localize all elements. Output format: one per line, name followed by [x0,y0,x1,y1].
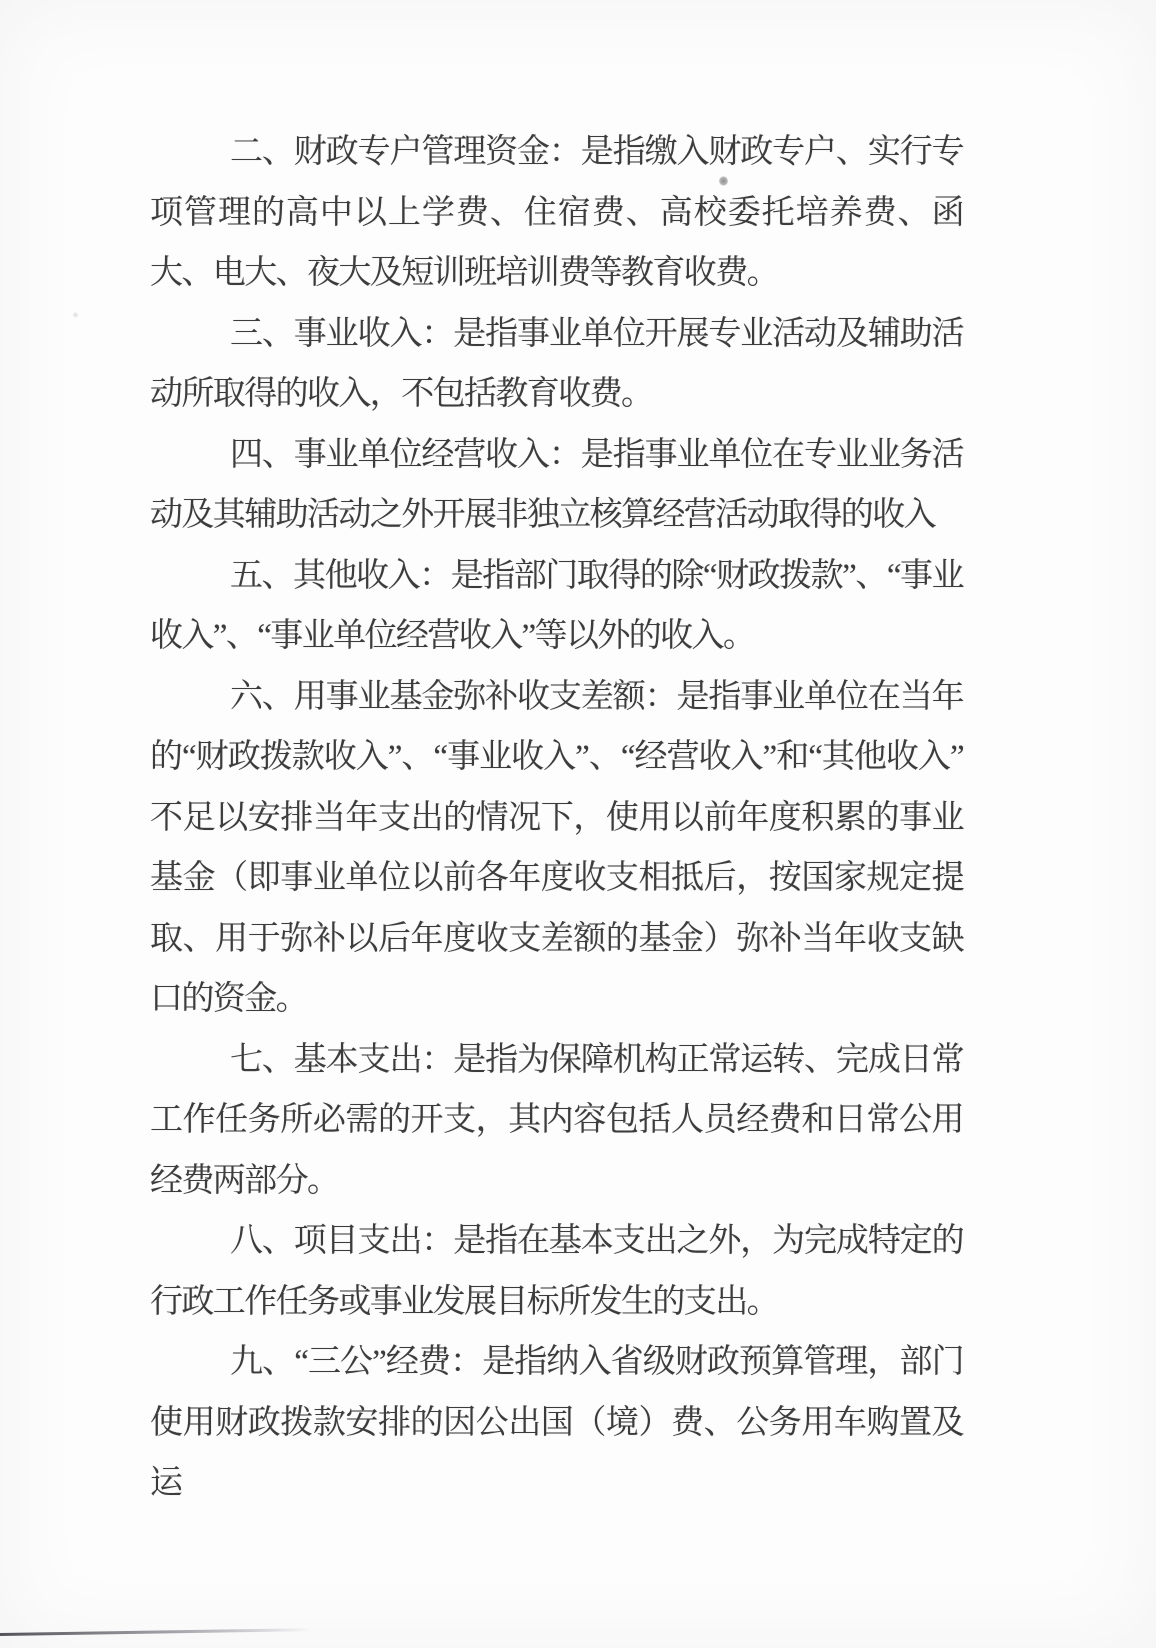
paragraph: 二、财政专户管理资金：是指缴入财政专户、实行专项管理的高中以上学费、住宿费、高校… [150,122,963,304]
paragraph: 三、事业收入：是指事业单位开展专业活动及辅助活动所取得的收入，不包括教育收费。 [150,304,963,425]
paragraph: 四、事业单位经营收入：是指事业单位在专业业务活动及其辅助活动之外开展非独立核算经… [150,425,963,546]
document-body: 二、财政专户管理资金：是指缴入财政专户、实行专项管理的高中以上学费、住宿费、高校… [150,122,963,1514]
scan-edge-line-artifact [0,1628,312,1636]
paragraph: 八、项目支出：是指在基本支出之外，为完成特定的行政工作任务或事业发展目标所发生的… [150,1211,963,1332]
scan-faint-speck [72,312,79,318]
paragraph: 五、其他收入：是指部门取得的除“财政拨款”、“事业收入”、“事业单位经营收入”等… [150,546,963,667]
paragraph: 七、基本支出：是指为保障机构正常运转、完成日常工作任务所必需的开支，其内容包括人… [150,1030,963,1212]
document-page: 二、财政专户管理资金：是指缴入财政专户、实行专项管理的高中以上学费、住宿费、高校… [0,0,1156,1648]
paragraph: 九、“三公”经费：是指纳入省级财政预算管理，部门使用财政拨款安排的因公出国（境）… [150,1332,963,1514]
paragraph: 六、用事业基金弥补收支差额：是指事业单位在当年的“财政拨款收入”、“事业收入”、… [150,667,963,1030]
scan-toner-speck [719,176,728,186]
